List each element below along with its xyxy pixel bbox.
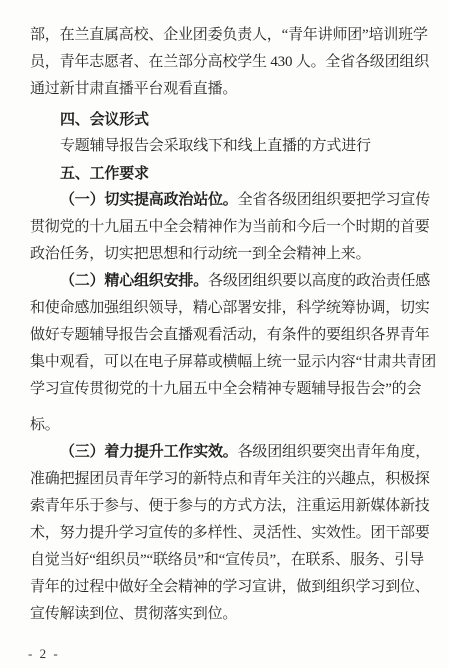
body-text: 贯彻党的十九届五中全会精神作为当前和今后一个时期的首要	[30, 219, 430, 235]
text-line: 青年的过程中做好全会精神的学习宣讲，做到组织学习到位、	[30, 574, 430, 601]
text-line: 准确把握团员青年学习的新特点和青年关注的兴趣点，积极探	[30, 466, 430, 493]
heading-text: 五、工作要求	[60, 165, 149, 182]
body-text: 各级团组织要突出青年角度，	[238, 444, 430, 460]
text-line: 通过新甘肃直播平台观看直播。	[30, 76, 430, 103]
body-text: 自觉当好“组织员”“联络员”和“宣传员”，在联系、服务、引导	[30, 552, 424, 568]
body-text: 索青年乐于参与、便于参与的方式方法，注重运用新媒体新技	[30, 498, 430, 514]
section-heading: 五、工作要求	[30, 160, 430, 187]
text-line: （二）精心组织安排。各级团组织要以高度的政治责任感	[30, 268, 430, 295]
text-line: （三）着力提升工作实效。各级团组织要突出青年角度，	[30, 439, 430, 466]
text-line: 和使命感加强组织领导，精心部署安排，科学统筹协调，切实	[30, 295, 430, 322]
page-number: - 2 -	[28, 646, 60, 662]
heading-text: 四、会议形式	[60, 111, 149, 128]
text-line: 标。	[30, 412, 430, 439]
section-heading: 四、会议形式	[30, 106, 430, 133]
body-text: 专题辅导报告会采取线下和线上直播的方式进行	[60, 138, 371, 154]
body-text: 做好专题辅导报告会直播观看活动，有条件的要组织各界青年	[30, 327, 430, 343]
body-text: 准确把握团员青年学习的新特点和青年关注的兴趣点，积极探	[30, 471, 430, 487]
body-text: 部，在兰直属高校、企业团委负责人，“青年讲师团”培训班学	[30, 27, 428, 43]
text-line: 学习宣传贯彻党的十九届五中全会精神专题辅导报告会”的会	[30, 376, 430, 403]
emphasis-text: （一）切实提高政治站位。	[60, 192, 238, 208]
body-text: 全省各级团组织要把学习宣传	[238, 192, 430, 208]
text-line: 宣传解读到位、贯彻落实到位。	[30, 601, 430, 628]
body-text: 和使命感加强组织领导，精心部署安排，科学统筹协调，切实	[30, 300, 430, 316]
text-line: 政治任务，切实把思想和行动统一到全会精神上来。	[30, 241, 430, 268]
body-text: 宣传解读到位、贯彻落实到位。	[30, 606, 237, 622]
body-text: 术，努力提升学习宣传的多样性、灵活性、实效性。团干部要	[30, 525, 430, 541]
text-line: 自觉当好“组织员”“联络员”和“宣传员”，在联系、服务、引导	[30, 547, 430, 574]
body-text: 各级团组织要以高度的政治责任感	[208, 273, 430, 289]
text-line: （一）切实提高政治站位。全省各级团组织要把学习宣传	[30, 187, 430, 214]
text-line: 做好专题辅导报告会直播观看活动，有条件的要组织各界青年	[30, 322, 430, 349]
body-text: 通过新甘肃直播平台观看直播。	[30, 81, 237, 97]
text-line: 集中观看，可以在电子屏幕或横幅上统一显示内容“甘肃共青团	[30, 349, 430, 376]
text-line: 专题辅导报告会采取线下和线上直播的方式进行	[30, 133, 430, 160]
emphasis-text: （三）着力提升工作实效。	[60, 444, 238, 460]
text-line: 术，努力提升学习宣传的多样性、灵活性、实效性。团干部要	[30, 520, 430, 547]
body-text: 员，青年志愿者、在兰部分高校学生 430 人。全省各级团组织	[30, 54, 429, 70]
body-text: 青年的过程中做好全会精神的学习宣讲，做到组织学习到位、	[30, 579, 430, 595]
text-line: 索青年乐于参与、便于参与的方式方法，注重运用新媒体新技	[30, 493, 430, 520]
emphasis-text: （二）精心组织安排。	[60, 273, 208, 289]
document-page: 部，在兰直属高校、企业团委负责人，“青年讲师团”培训班学员，青年志愿者、在兰部分…	[0, 0, 449, 668]
text-line: 部，在兰直属高校、企业团委负责人，“青年讲师团”培训班学	[30, 22, 430, 49]
body-text: 集中观看，可以在电子屏幕或横幅上统一显示内容“甘肃共青团	[30, 354, 436, 370]
document-body: 部，在兰直属高校、企业团委负责人，“青年讲师团”培训班学员，青年志愿者、在兰部分…	[30, 22, 430, 628]
text-line: 贯彻党的十九届五中全会精神作为当前和今后一个时期的首要	[30, 214, 430, 241]
body-text: 政治任务，切实把思想和行动统一到全会精神上来。	[30, 246, 370, 262]
body-text: 标。	[30, 417, 60, 433]
text-line: 员，青年志愿者、在兰部分高校学生 430 人。全省各级团组织	[30, 49, 430, 76]
body-text: 学习宣传贯彻党的十九届五中全会精神专题辅导报告会”的会	[30, 381, 421, 397]
